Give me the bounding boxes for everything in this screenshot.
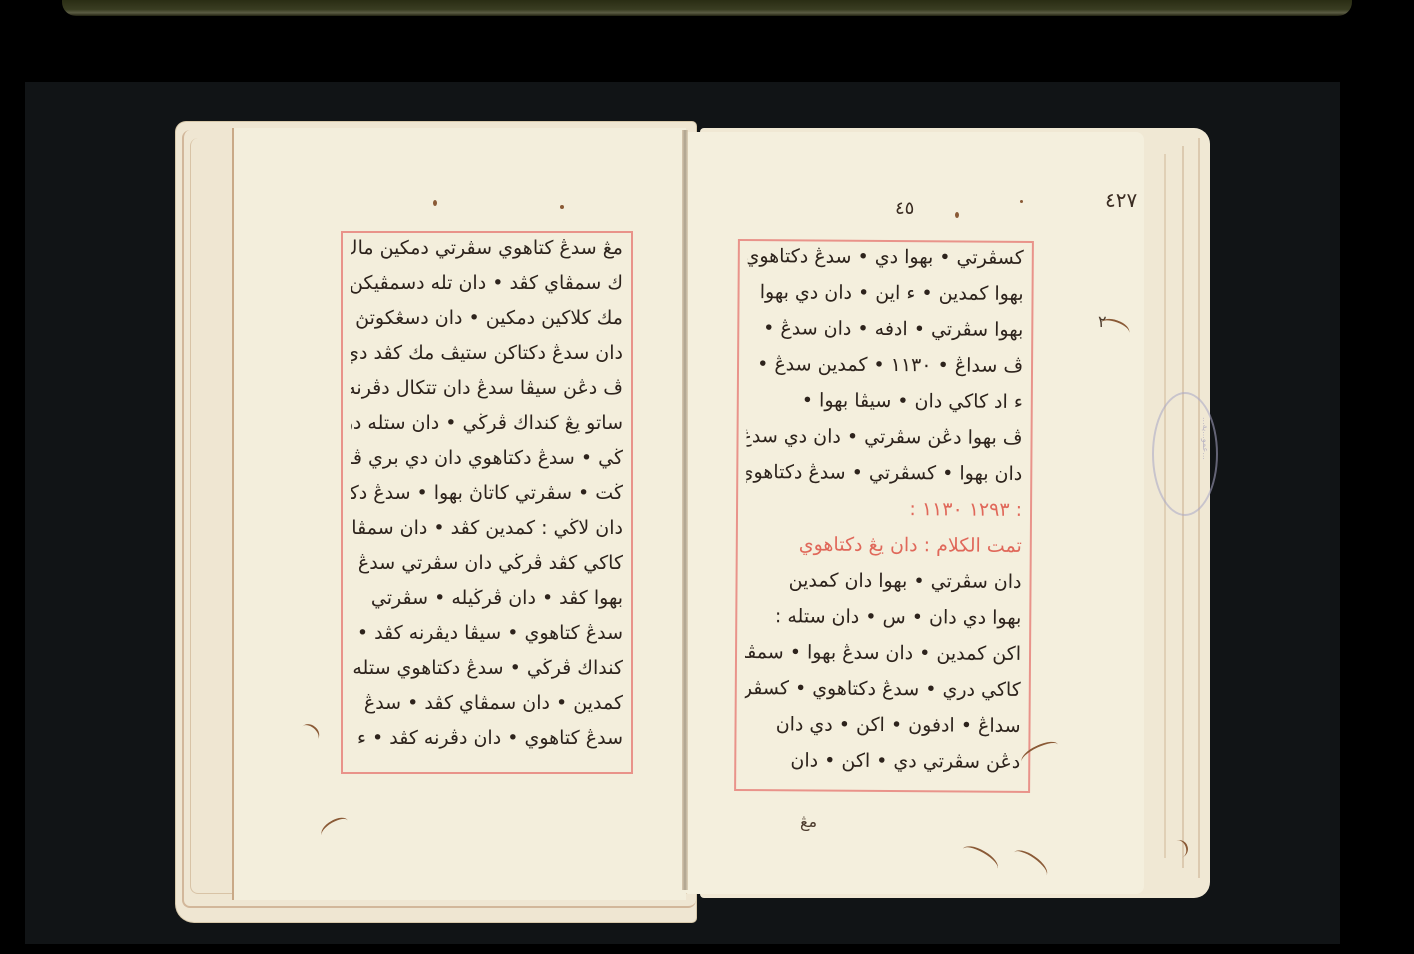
text-line: مڠ سدڠ كتاهوي سڤرتي دمكين ماك دتڠن دري — [351, 237, 623, 267]
text-line: ڬت • سڤرتي كاتاڽ بهوا • سدڠ دكتاهوي — [351, 482, 623, 512]
text-line: كاكي كڤد ڤرڬي دان سڤرتي سدڠ دكتاهوي — [351, 552, 623, 582]
text-line: ڬي • سدڠ دكتاهوي دان دي بري ڤاد — [351, 447, 623, 477]
text-line: بهوا كڤد • دان ڤرڬيله • سڤرتي — [351, 587, 623, 617]
folio-number-corner: ٤٢٧ — [1105, 188, 1137, 212]
left-text-frame: مڠ سدڠ كتاهوي سڤرتي دمكين ماك دتڠن دري ك… — [341, 231, 633, 774]
ink-speck — [433, 200, 437, 206]
book-gutter — [682, 130, 688, 890]
text-line: ء اد كاكي دان • سيڤا بهوا • — [747, 389, 1023, 421]
catchword: مڠ — [800, 812, 817, 831]
ink-speck — [1020, 200, 1023, 203]
text-line: كنداك ڤرڬي • سدڠ دكتاهوي ستله دان — [351, 657, 623, 687]
text-line: بهوا سڤرتي • ادفه • دان سدڠ • — [747, 317, 1023, 349]
text-line: ڤ سداڠ • ١١٣٠ • كمدين سدڠ • — [747, 353, 1023, 385]
text-line: اكن كمدين • دان سدڠ بهوا • سمڤاي — [745, 641, 1021, 673]
ink-speck — [560, 205, 564, 209]
folio-number-center: ٤٥ — [895, 198, 914, 219]
text-line: سدڠ كتاهوي • دان دڤرنه كڤد • ء — [351, 727, 623, 757]
text-line: دان سدڠ دكتاكن ستيڤ مك كڤد دي : كمدين — [351, 342, 623, 372]
text-line: كاكي دري • سدڠ دكتاهوي • كسڤرتي — [745, 677, 1021, 709]
text-line: بهوا دي دان • س • دان ستله : — [745, 605, 1021, 637]
text-line: كسڤرتي • بهوا دي • سدڠ دكتاهوي • سدڠ — [748, 245, 1024, 277]
ink-speck — [955, 212, 959, 218]
text-line: كمدين • دان سمڤاي كڤد • سدڠ — [351, 692, 623, 722]
rubric-line: : ١٢٩٣ ١١٣٠ : — [746, 497, 1022, 529]
text-line: سداڠ • ادفون • اكن • دي دان — [744, 713, 1020, 745]
text-line: سدڠ كتاهوي • سيڤا ديڤرنه كڤد • ستله — [351, 622, 623, 652]
text-line: ك سمڤاي كڤد • دان تله دسمڤيكن كڤد ء اد — [351, 272, 623, 302]
library-stamp: ...عمو...ية... — [1152, 392, 1218, 516]
text-line: ڤ دڠن سيڤا سدڠ دان تتكال دڤرنه كڤد — [351, 377, 623, 407]
text-line: ڤ بهوا دڠن سڤرتي • دان دي سدڠ — [746, 425, 1022, 457]
text-line: دان سڤرتي • بهوا دان كمدين — [745, 569, 1021, 601]
right-text-frame: كسڤرتي • بهوا دي • سدڠ دكتاهوي • سدڠ بهو… — [734, 239, 1034, 793]
page-edge — [1164, 154, 1166, 858]
text-line: دان لاڬي : كمدين كڤد • دان سمڤاي — [351, 517, 623, 547]
stamp-text: ...عمو...ية... — [1201, 417, 1210, 460]
rubric-heading: تمت الكلام : دان يڠ دكتاهوي — [746, 533, 1022, 565]
top-frame-strip — [62, 0, 1352, 16]
text-line: ساتو يڠ كنداك ڤرڬي • دان ستله دري ڤد — [351, 412, 623, 442]
text-line: دڠن سڤرتي دي • اكن • دان — [744, 749, 1020, 781]
text-line: بهوا كمدين • ء اين • دان دي بهوا — [747, 281, 1023, 313]
text-line: دان بهوا • كسڤرتي • سدڠ دكتاهوي — [746, 461, 1022, 493]
text-line: مك كلاكين دمكين • دان دسڠكوتڽ كتيك — [351, 307, 623, 337]
